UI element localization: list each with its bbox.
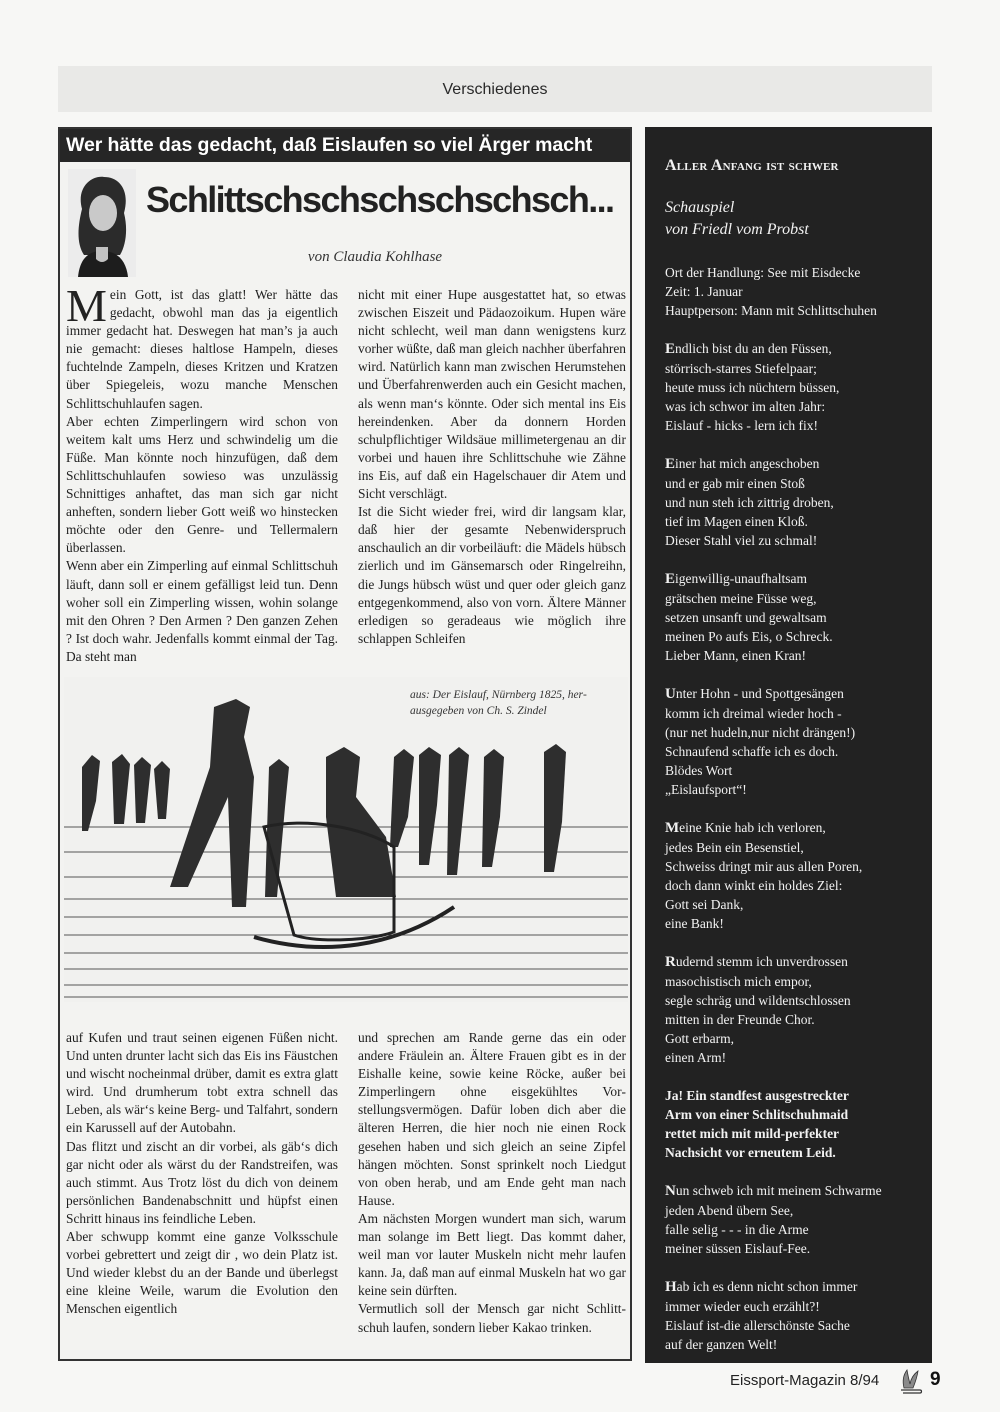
article-byline: von Claudia Kohlhase xyxy=(60,249,630,266)
skating-engraving-illustration xyxy=(64,677,628,1002)
poem-line: Gott erbarm, xyxy=(665,1029,932,1048)
poem-line: heute muss ich nüchtern büssen, xyxy=(665,378,932,397)
article-box: Wer hätte das gedacht, daß Eislaufen so … xyxy=(58,127,632,1361)
poem-line: Arm von einer Schlitschuhmaid xyxy=(665,1105,932,1124)
stanza-initial: Endlich bist du an den Füssen, xyxy=(665,341,832,357)
poem-author: von Friedl vom Probst xyxy=(665,219,932,241)
poem-line: Schweiss dringt mir aus allen Poren, xyxy=(665,857,932,876)
poem-line: komm ich dreimal wieder hoch - xyxy=(665,704,932,723)
paragraph: Wenn aber ein Zimperling auf einmal Schl… xyxy=(66,557,338,666)
magazine-issue: Eissport-Magazin 8/94 xyxy=(730,1372,879,1389)
poem-line: Eigenwillig-unaufhaltsam xyxy=(665,569,932,589)
setting-place: Ort der Handlung: See mit Eisdecke xyxy=(665,263,932,282)
poem-line: rettet mich mit mild-perfekter xyxy=(665,1124,932,1143)
poem-line: Dieser Stahl viel zu schmal! xyxy=(665,531,932,550)
poem-line: immer wieder euch erzählt?! xyxy=(665,1297,932,1316)
poem-stanza: Meine Knie hab ich verloren,jedes Bein e… xyxy=(665,818,932,933)
poem-line: setzen unsanft und gewaltsam xyxy=(665,608,932,627)
setting-character: Hauptperson: Mann mit Schlittschuhen xyxy=(665,301,932,320)
poem-line: mitten in der Freunde Chor. xyxy=(665,1010,932,1029)
paragraph: und sprechen am Rande gerne das ein oder… xyxy=(358,1029,626,1210)
poem-line: Gott sei Dank, xyxy=(665,895,932,914)
poem-line: Rudernd stemm ich unverdrossen xyxy=(665,952,932,972)
stanza-initial: Nun schweb ich mit meinem Schwarme xyxy=(665,1183,882,1199)
poem-stanza: Hab ich es denn nicht schon immerimmer w… xyxy=(665,1277,932,1354)
poem-line: Hab ich es denn nicht schon immer xyxy=(665,1277,932,1297)
poem-stanzas: Endlich bist du an den Füssen,störrisch-… xyxy=(665,339,932,1354)
skate-leaf-logo-icon xyxy=(898,1368,924,1396)
poem-line: tief im Magen einen Kloß. xyxy=(665,512,932,531)
poem-title: Aller Anfang ist schwer xyxy=(665,157,932,175)
poem-line: Einer hat mich angeschoben xyxy=(665,454,932,474)
poem-line: jeden Abend übern See, xyxy=(665,1201,932,1220)
article-column-2-top: nicht mit einer Hupe ausgestattet hat, s… xyxy=(358,286,626,648)
poem-line: störrisch-starres Stiefelpaar; xyxy=(665,359,932,378)
poem-line: jedes Bein ein Besenstiel, xyxy=(665,838,932,857)
poem-line: Endlich bist du an den Füssen, xyxy=(665,339,932,359)
paragraph: Aber echten Zimperlingern wird schon von… xyxy=(66,413,338,558)
setting-time: Zeit: 1. Januar xyxy=(665,282,932,301)
poem-line: was ich schwor im alten Jahr: xyxy=(665,397,932,416)
poem-line: eine Bank! xyxy=(665,914,932,933)
poem-line: segle schräg und wildentschlossen xyxy=(665,991,932,1010)
section-header: Verschiedenes xyxy=(58,66,932,112)
poem-line: Nachsicht vor erneutem Leid. xyxy=(665,1143,932,1162)
stanza-initial: Einer hat mich angeschoben xyxy=(665,456,819,472)
poem-line: doch dann winkt ein holdes Ziel: xyxy=(665,876,932,895)
poem-genre: Schauspiel xyxy=(665,197,932,219)
poem-line: masochistisch mich empor, xyxy=(665,972,932,991)
poem-stanza: Nun schweb ich mit meinem Schwarmejeden … xyxy=(665,1181,932,1258)
poem-sidebar: Aller Anfang ist schwer Schauspiel von F… xyxy=(645,127,932,1363)
poem-line: auf der ganzen Welt! xyxy=(665,1335,932,1354)
poem-line: Blödes Wort xyxy=(665,761,932,780)
page-footer: Eissport-Magazin 8/94 9 xyxy=(730,1368,945,1398)
article-column-1-bottom: auf Kufen und traut seinen eigenen Füßen… xyxy=(66,1029,338,1319)
stanza-initial: Meine Knie hab ich verloren, xyxy=(665,820,826,836)
stanza-initial: Eigenwillig-unaufhaltsam xyxy=(665,571,807,587)
drop-cap: M xyxy=(66,288,107,324)
poem-line: Eislauf ist-die allerschönste Sache xyxy=(665,1316,932,1335)
poem-line: Nun schweb ich mit meinem Schwarme xyxy=(665,1181,932,1201)
poem-line: Unter Hohn - und Spottgesängen xyxy=(665,684,932,704)
stanza-initial: Rudernd stemm ich unverdrossen xyxy=(665,954,848,970)
article-kicker: Wer hätte das gedacht, daß Eislaufen so … xyxy=(60,129,630,162)
paragraph: Aber schwupp kommt eine ganze Volks­schu… xyxy=(66,1228,338,1318)
poem-line: meinen Po aufs Eis, o Schreck. xyxy=(665,627,932,646)
poem-stanza: Rudernd stemm ich unverdrossenmasochisti… xyxy=(665,952,932,1067)
poem-line: (nur net hudeln,nur nicht drängen!) xyxy=(665,723,932,742)
poem-line: Eislauf - hicks - lern ich fix! xyxy=(665,416,932,435)
stanza-initial: Hab ich es denn nicht schon immer xyxy=(665,1279,857,1295)
poem-stanza: Unter Hohn - und Spottgesängenkomm ich d… xyxy=(665,684,932,799)
page-number: 9 xyxy=(930,1369,941,1391)
poem-subtitle: Schauspiel von Friedl vom Probst xyxy=(665,197,932,241)
paragraph: Ist die Sicht wieder frei, wird dir lang… xyxy=(358,503,626,648)
paragraph: Das flitzt und zischt an dir vorbei, als… xyxy=(66,1138,338,1228)
poem-line: Schnaufend schaffe ich es doch. xyxy=(665,742,932,761)
poem-setting: Ort der Handlung: See mit Eisdecke Zeit:… xyxy=(665,263,932,320)
paragraph: Vermutlich soll der Mensch gar nicht Sch… xyxy=(358,1300,626,1336)
poem-stanza: Eigenwillig-unaufhaltsamgrätschen meine … xyxy=(665,569,932,665)
poem-line: und nun steh ich zittrig droben, xyxy=(665,493,932,512)
illustration-caption: aus: Der Eislauf, Nürnberg 1825, her­aus… xyxy=(410,687,610,719)
paragraph: nicht mit einer Hupe ausgestattet hat, s… xyxy=(358,286,626,503)
poem-stanza: Ja! Ein standfest ausgestreckterArm von … xyxy=(665,1086,932,1162)
poem-line: Meine Knie hab ich verloren, xyxy=(665,818,932,838)
poem-line: falle selig - - - in die Arme xyxy=(665,1220,932,1239)
poem-line: Lieber Mann, einen Kran! xyxy=(665,646,932,665)
poem-stanza: Einer hat mich angeschobenund er gab mir… xyxy=(665,454,932,550)
poem-line: „Eislaufsport“! xyxy=(665,780,932,799)
poem-line: und er gab mir einen Stoß xyxy=(665,474,932,493)
article-column-2-bottom: und sprechen am Rande gerne das ein oder… xyxy=(358,1029,626,1337)
poem-line: Ja! Ein standfest ausgestreckter xyxy=(665,1086,932,1105)
poem-stanza: Endlich bist du an den Füssen,störrisch-… xyxy=(665,339,932,435)
stanza-initial: Unter Hohn - und Spottgesängen xyxy=(665,686,844,702)
paragraph: Am nächsten Morgen wundert man sich, war… xyxy=(358,1210,626,1300)
article-column-1-top: Mein Gott, ist das glatt! Wer hätte das … xyxy=(66,286,338,666)
paragraph: auf Kufen und traut seinen eigenen Füßen… xyxy=(66,1029,338,1138)
poem-line: grätschen meine Füsse weg, xyxy=(665,589,932,608)
poem-line: einen Arm! xyxy=(665,1048,932,1067)
article-title: Schlittschschschschschsch... xyxy=(146,179,613,221)
poem-line: meiner süssen Eislauf-Fee. xyxy=(665,1239,932,1258)
